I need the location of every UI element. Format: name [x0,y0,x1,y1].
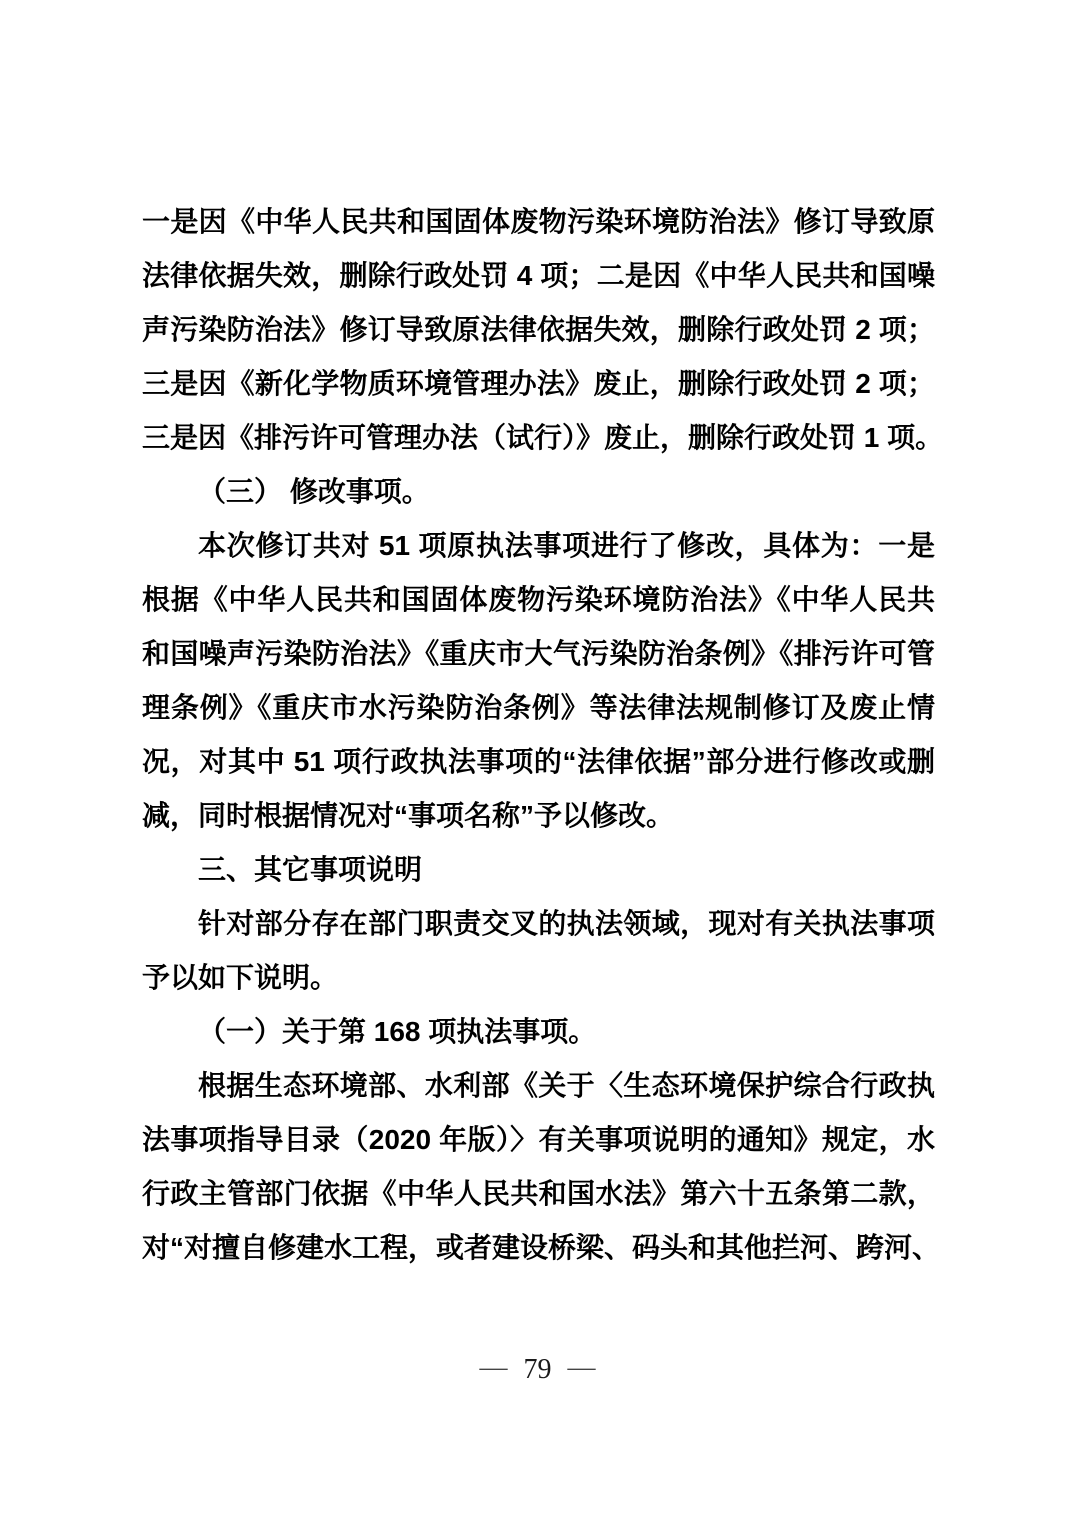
page-footer: —79— [0,1350,1075,1390]
page-number: 79 [524,1354,552,1385]
document-line: （一）关于第 168 项执法事项。 [142,1005,935,1059]
document-page: 一是因《中华人民共和国固体废物污染环境防治法》修订导致原法律依据失效，删除行政处… [0,0,1075,1520]
document-line: 予以如下说明。 [142,951,935,1005]
document-line: 根据生态环境部、水利部《关于〈生态环境保护综合行政执 [142,1059,935,1113]
document-line: 行政主管部门依据《中华人民共和国水法》第六十五条第二款， [142,1167,935,1221]
document-line: 法事项指导目录（2020 年版）〉有关事项说明的通知》规定，水 [142,1113,935,1167]
document-line: 法律依据失效，删除行政处罚 4 项；二是因《中华人民共和国噪 [142,249,935,303]
document-line: 三是因《排污许可管理办法（试行）》废止，删除行政处罚 1 项。 [142,411,935,465]
document-line: 和国噪声污染防治法》《重庆市大气污染防治条例》《排污许可管 [142,627,935,681]
document-line: 针对部分存在部门职责交叉的执法领域，现对有关执法事项 [142,897,935,951]
document-body: 一是因《中华人民共和国固体废物污染环境防治法》修订导致原法律依据失效，删除行政处… [142,195,935,1275]
document-line: 减，同时根据情况对“事项名称”予以修改。 [142,789,935,843]
document-line: 三是因《新化学物质环境管理办法》废止，删除行政处罚 2 项； [142,357,935,411]
document-line: 对“对擅自修建水工程，或者建设桥梁、码头和其他拦河、跨河、 [142,1221,935,1275]
document-line: 理条例》《重庆市水污染防治条例》等法律法规制修订及废止情 [142,681,935,735]
document-line: 根据《中华人民共和国固体废物污染环境防治法》《中华人民共 [142,573,935,627]
document-line: 声污染防治法》修订导致原法律依据失效，删除行政处罚 2 项； [142,303,935,357]
footer-dash-right: — [568,1352,596,1383]
document-line: 况，对其中 51 项行政执法事项的“法律依据”部分进行修改或删 [142,735,935,789]
document-line: 本次修订共对 51 项原执法事项进行了修改，具体为：一是 [142,519,935,573]
footer-dash-left: — [480,1352,508,1383]
document-line: 一是因《中华人民共和国固体废物污染环境防治法》修订导致原 [142,195,935,249]
document-line: 三、其它事项说明 [142,843,935,897]
document-line: （三） 修改事项。 [142,465,935,519]
